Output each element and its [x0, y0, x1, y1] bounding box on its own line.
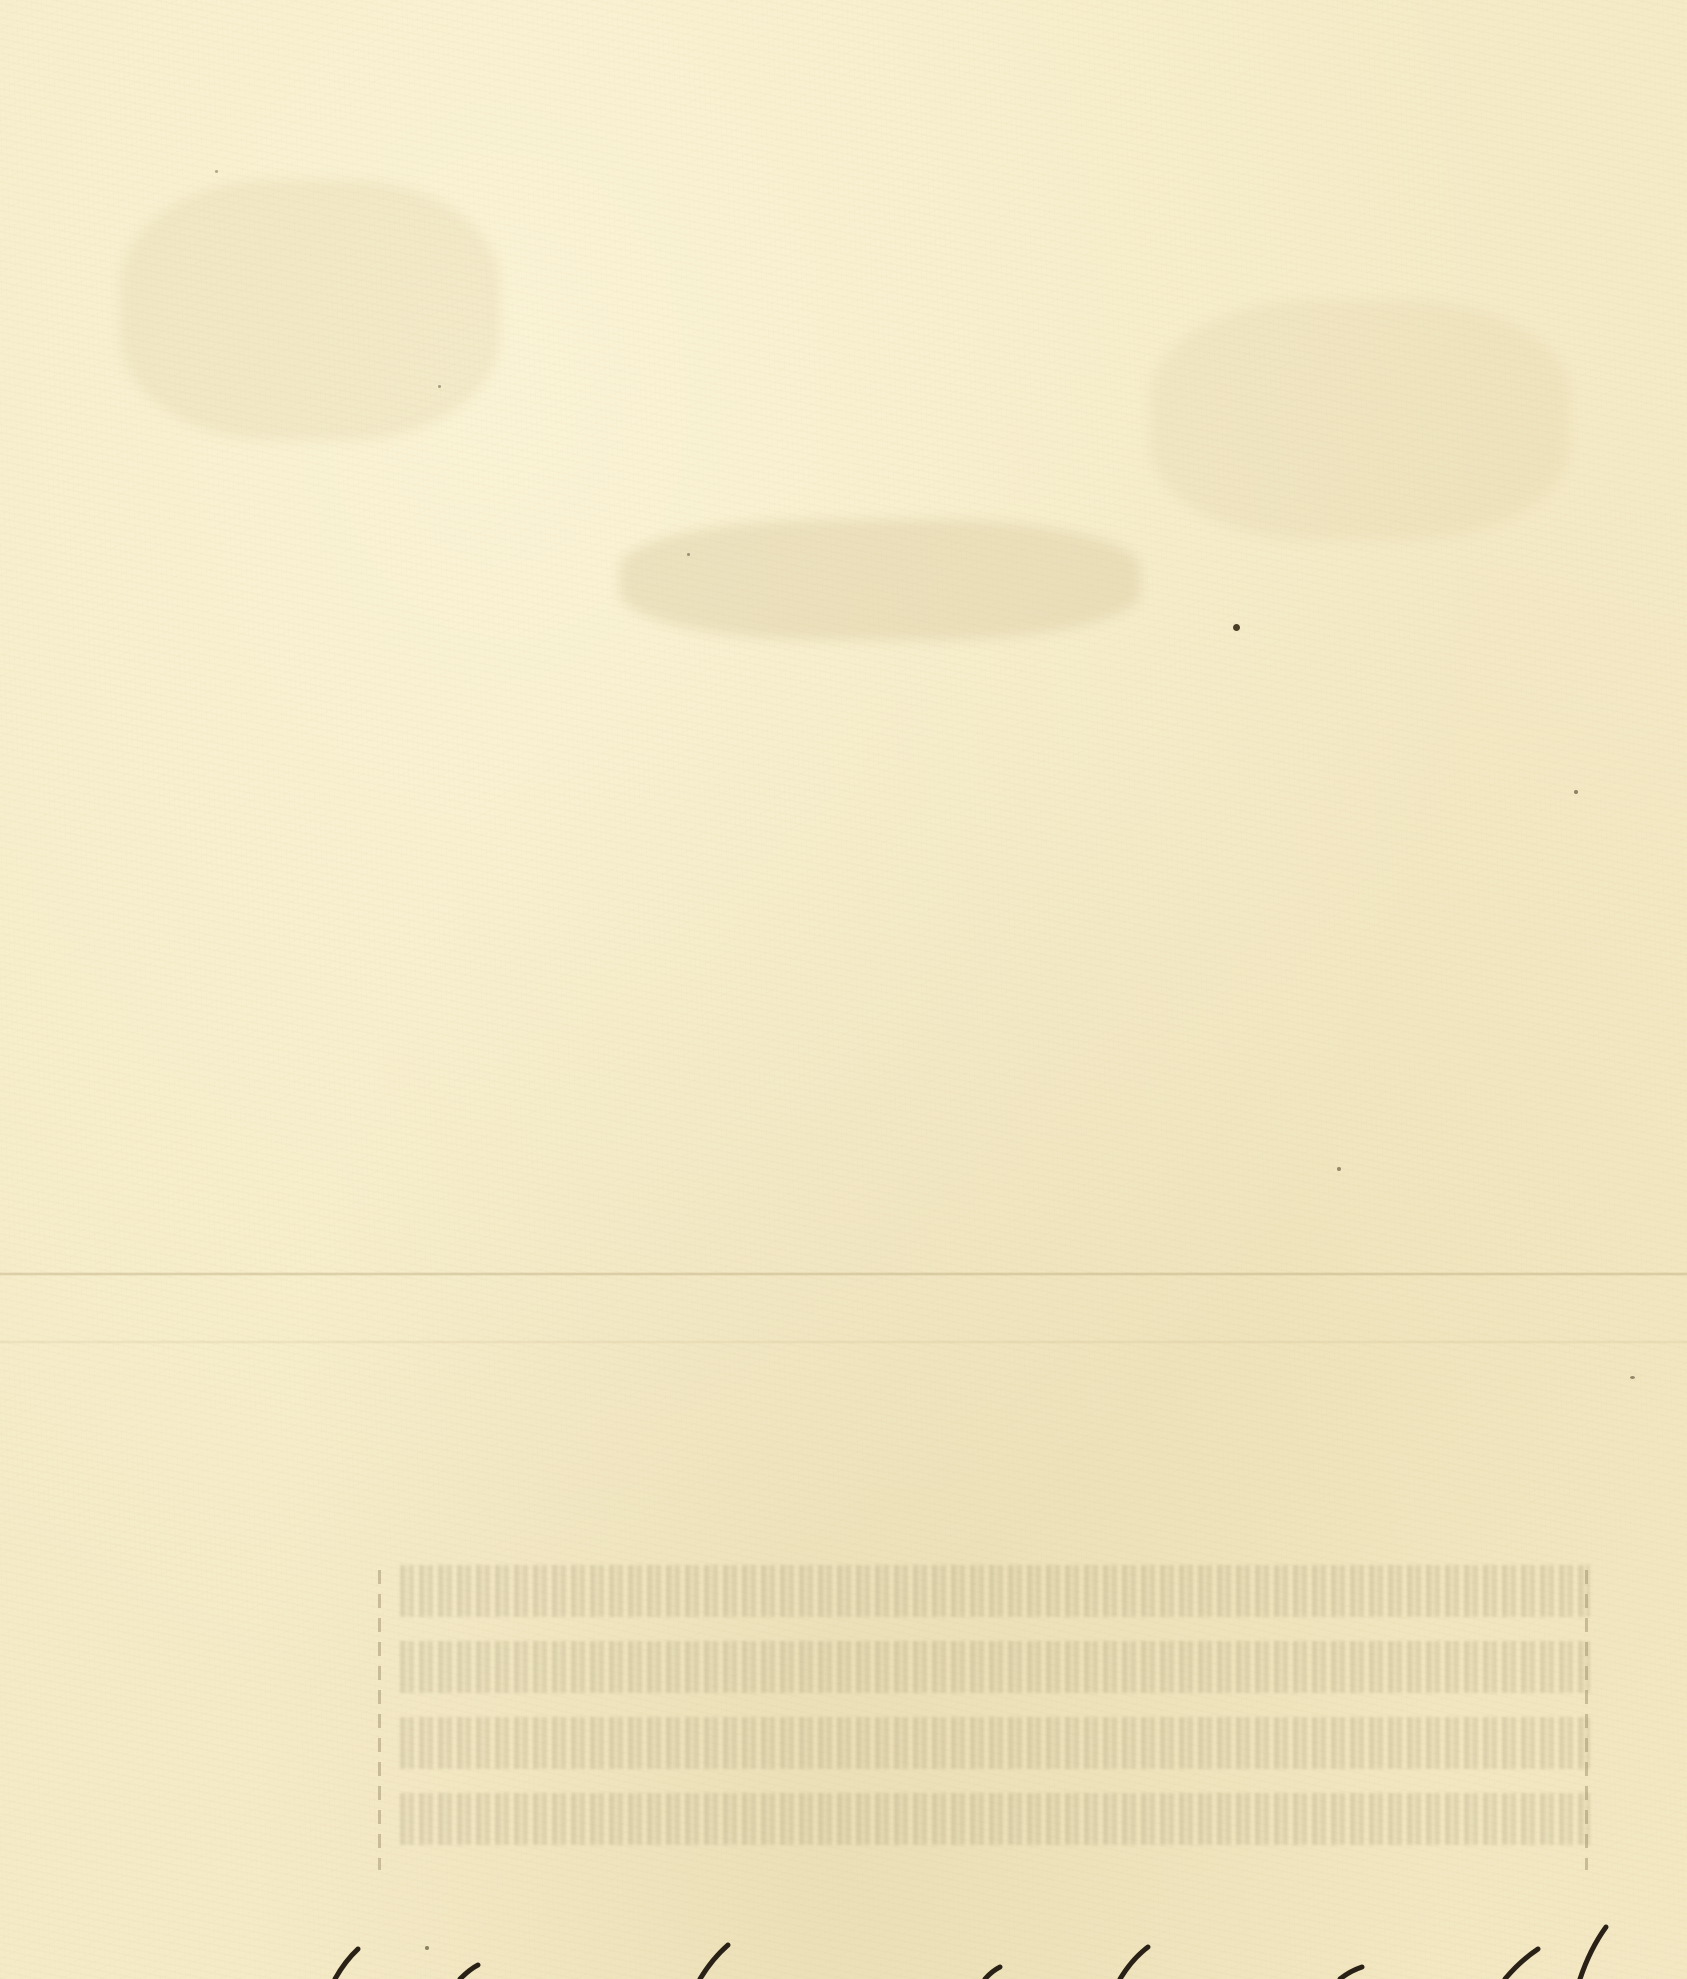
- bleed-through-left-bracket: [378, 1570, 381, 1870]
- bleed-through-line: [400, 1793, 1590, 1845]
- fold-crease-shadow: [0, 1340, 1687, 1344]
- ink-speck: [687, 553, 690, 556]
- bleed-through-line: [400, 1641, 1590, 1693]
- paper-stain: [120, 180, 500, 440]
- bleed-through-line: [400, 1565, 1590, 1617]
- bleed-through-line: [400, 1717, 1590, 1769]
- ink-speck: [1574, 790, 1578, 794]
- ink-speck: [1630, 1376, 1635, 1379]
- cropped-handwriting: [0, 1919, 1687, 1979]
- ink-speck: [438, 385, 441, 388]
- ink-speck: [215, 170, 218, 173]
- manuscript-page: [0, 0, 1687, 1979]
- ink-speck: [1233, 624, 1240, 631]
- paper-stain: [1150, 300, 1570, 540]
- ink-speck: [1337, 1167, 1341, 1171]
- fold-crease: [0, 1272, 1687, 1276]
- paper-stain: [620, 520, 1140, 640]
- bleed-through-text: [400, 1565, 1590, 1865]
